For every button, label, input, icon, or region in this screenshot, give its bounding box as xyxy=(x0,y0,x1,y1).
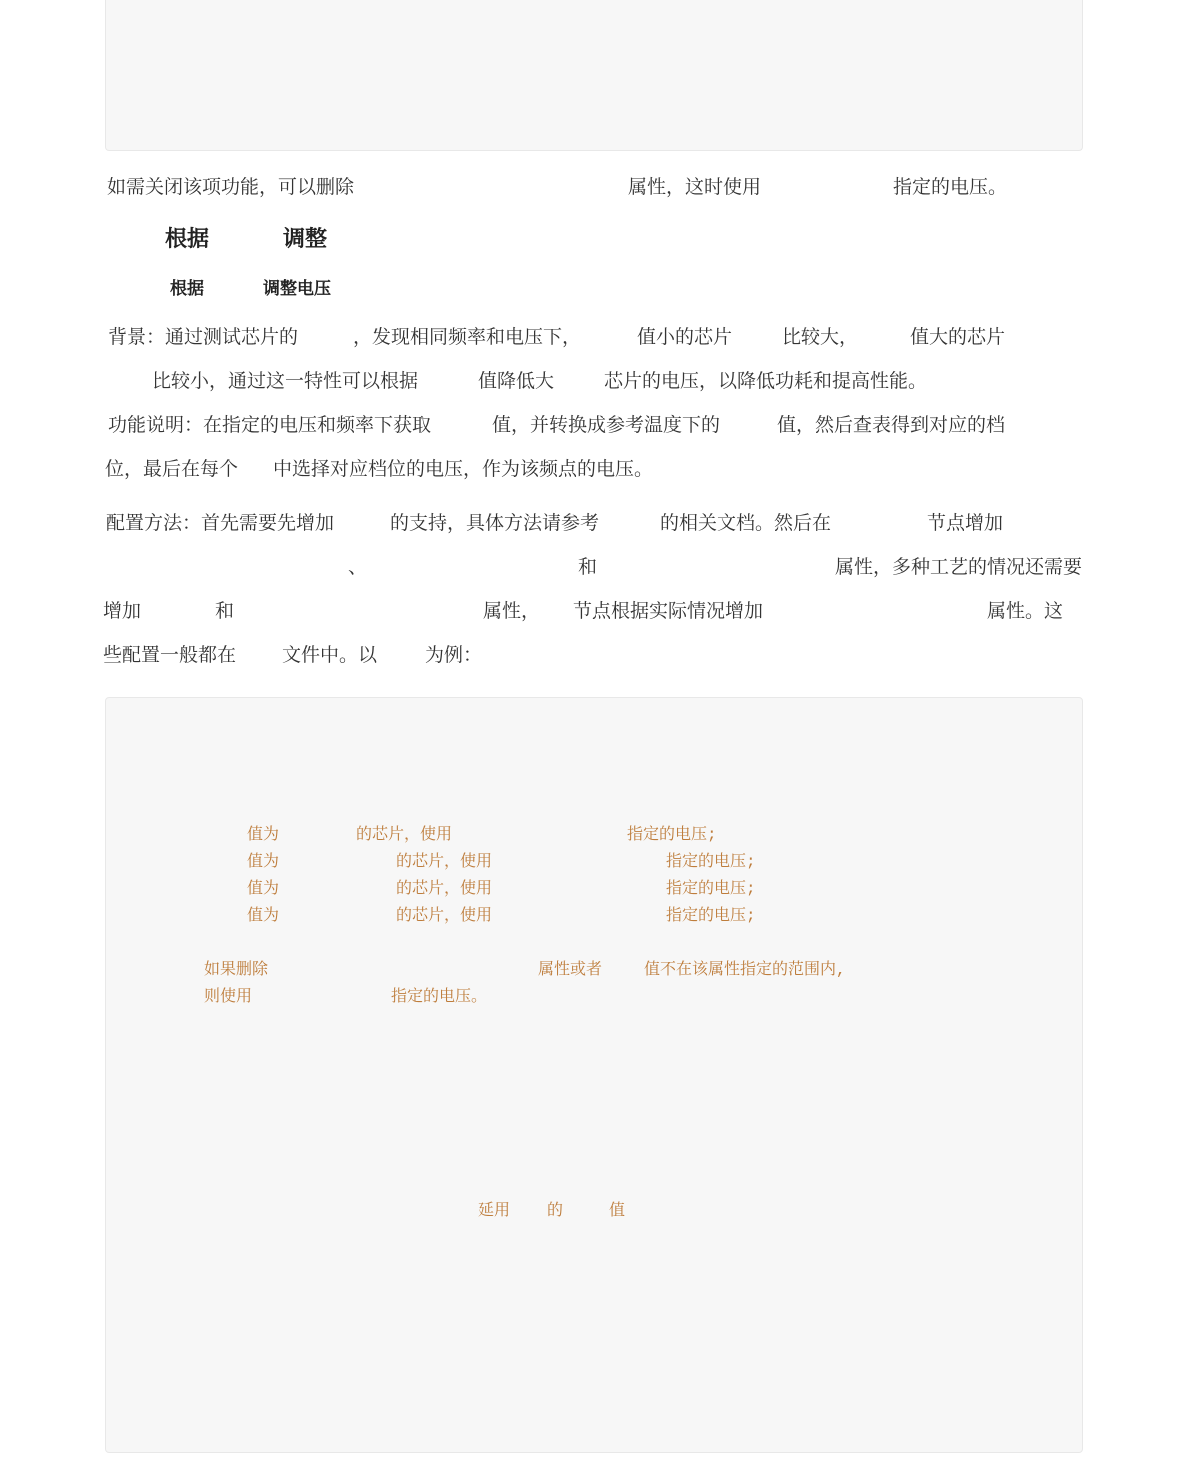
code-text-fragment: 指定的电压。 xyxy=(391,989,487,1005)
text-fragment: 指定的电压。 xyxy=(893,178,1007,197)
text-fragment: 比较大， xyxy=(782,328,858,347)
code-text-fragment: 值为 xyxy=(247,827,279,843)
text-fragment: 增加 xyxy=(103,602,141,621)
text-fragment: 背景：通过测试芯片的 xyxy=(108,328,298,347)
text-fragment: 为例： xyxy=(425,646,482,665)
text-fragment: 的支持，具体方法请参考 xyxy=(390,514,599,533)
code-text-fragment: 的芯片，使用 xyxy=(396,854,492,870)
heading-text: 根据 xyxy=(165,228,209,250)
text-fragment: 和 xyxy=(215,602,234,621)
text-fragment: 值小的芯片 xyxy=(637,328,732,347)
code-text-fragment: 值为 xyxy=(247,881,279,897)
document-page: 如需关闭该项功能，可以删除 属性，这时使用 指定的电压。 根据 调整 根据 调整… xyxy=(0,0,1190,1458)
text-fragment: 、 xyxy=(348,558,367,577)
text-fragment: 值降低大 xyxy=(478,372,554,391)
text-fragment: ，发现相同频率和电压下， xyxy=(353,328,581,347)
code-text-fragment: 的芯片，使用 xyxy=(356,827,452,843)
heading-text: 根据 xyxy=(170,280,204,297)
text-fragment: 属性，多种工艺的情况还需要 xyxy=(835,558,1082,577)
code-text-fragment: 值为 xyxy=(247,908,279,924)
heading-text: 调整电压 xyxy=(263,280,331,297)
text-fragment: 值，并转换成参考温度下的 xyxy=(492,416,720,435)
text-fragment: 位，最后在每个 xyxy=(105,460,238,479)
code-text-fragment: 则使用 xyxy=(204,989,252,1005)
code-text-fragment: 指定的电压; xyxy=(666,854,756,870)
code-text-fragment: 的 xyxy=(547,1203,563,1219)
heading-text: 调整 xyxy=(283,228,327,250)
text-fragment: 些配置一般都在 xyxy=(103,646,236,665)
text-fragment: 如需关闭该项功能，可以删除 xyxy=(107,178,354,197)
code-block-example: 值为 的芯片，使用 指定的电压; 值为 的芯片，使用 指定的电压; 值为 的芯片… xyxy=(105,697,1083,1453)
text-fragment: 节点增加 xyxy=(927,514,1003,533)
code-text-fragment: 属性或者 xyxy=(538,962,602,978)
code-text-fragment: 延用 xyxy=(478,1203,510,1219)
text-fragment: 文件中。以 xyxy=(282,646,377,665)
code-text-fragment: 指定的电压; xyxy=(666,881,756,897)
code-text-fragment: 指定的电压; xyxy=(627,827,717,843)
code-text-fragment: 指定的电压; xyxy=(666,908,756,924)
text-fragment: 值大的芯片 xyxy=(910,328,1005,347)
text-fragment: 属性， xyxy=(483,602,540,621)
text-fragment: 芯片的电压，以降低功耗和提高性能。 xyxy=(604,372,927,391)
code-text-fragment: 值不在该属性指定的范围内, xyxy=(644,962,846,978)
text-fragment: 节点根据实际情况增加 xyxy=(573,602,763,621)
text-fragment: 配置方法：首先需要先增加 xyxy=(106,514,334,533)
text-fragment: 和 xyxy=(578,558,597,577)
code-text-fragment: 的芯片，使用 xyxy=(396,881,492,897)
text-fragment: 功能说明：在指定的电压和频率下获取 xyxy=(108,416,431,435)
code-text-fragment: 的芯片，使用 xyxy=(396,908,492,924)
text-fragment: 的相关文档。然后在 xyxy=(660,514,831,533)
text-fragment: 中选择对应档位的电压，作为该频点的电压。 xyxy=(273,460,653,479)
code-text-fragment: 如果删除 xyxy=(204,962,268,978)
code-text-fragment: 值 xyxy=(609,1203,625,1219)
text-fragment: 比较小，通过这一特性可以根据 xyxy=(152,372,418,391)
code-block-top xyxy=(105,0,1083,151)
code-text-fragment: 值为 xyxy=(247,854,279,870)
text-fragment: 属性，这时使用 xyxy=(628,178,761,197)
text-fragment: 属性。这 xyxy=(987,602,1063,621)
text-fragment: 值，然后查表得到对应的档 xyxy=(777,416,1005,435)
